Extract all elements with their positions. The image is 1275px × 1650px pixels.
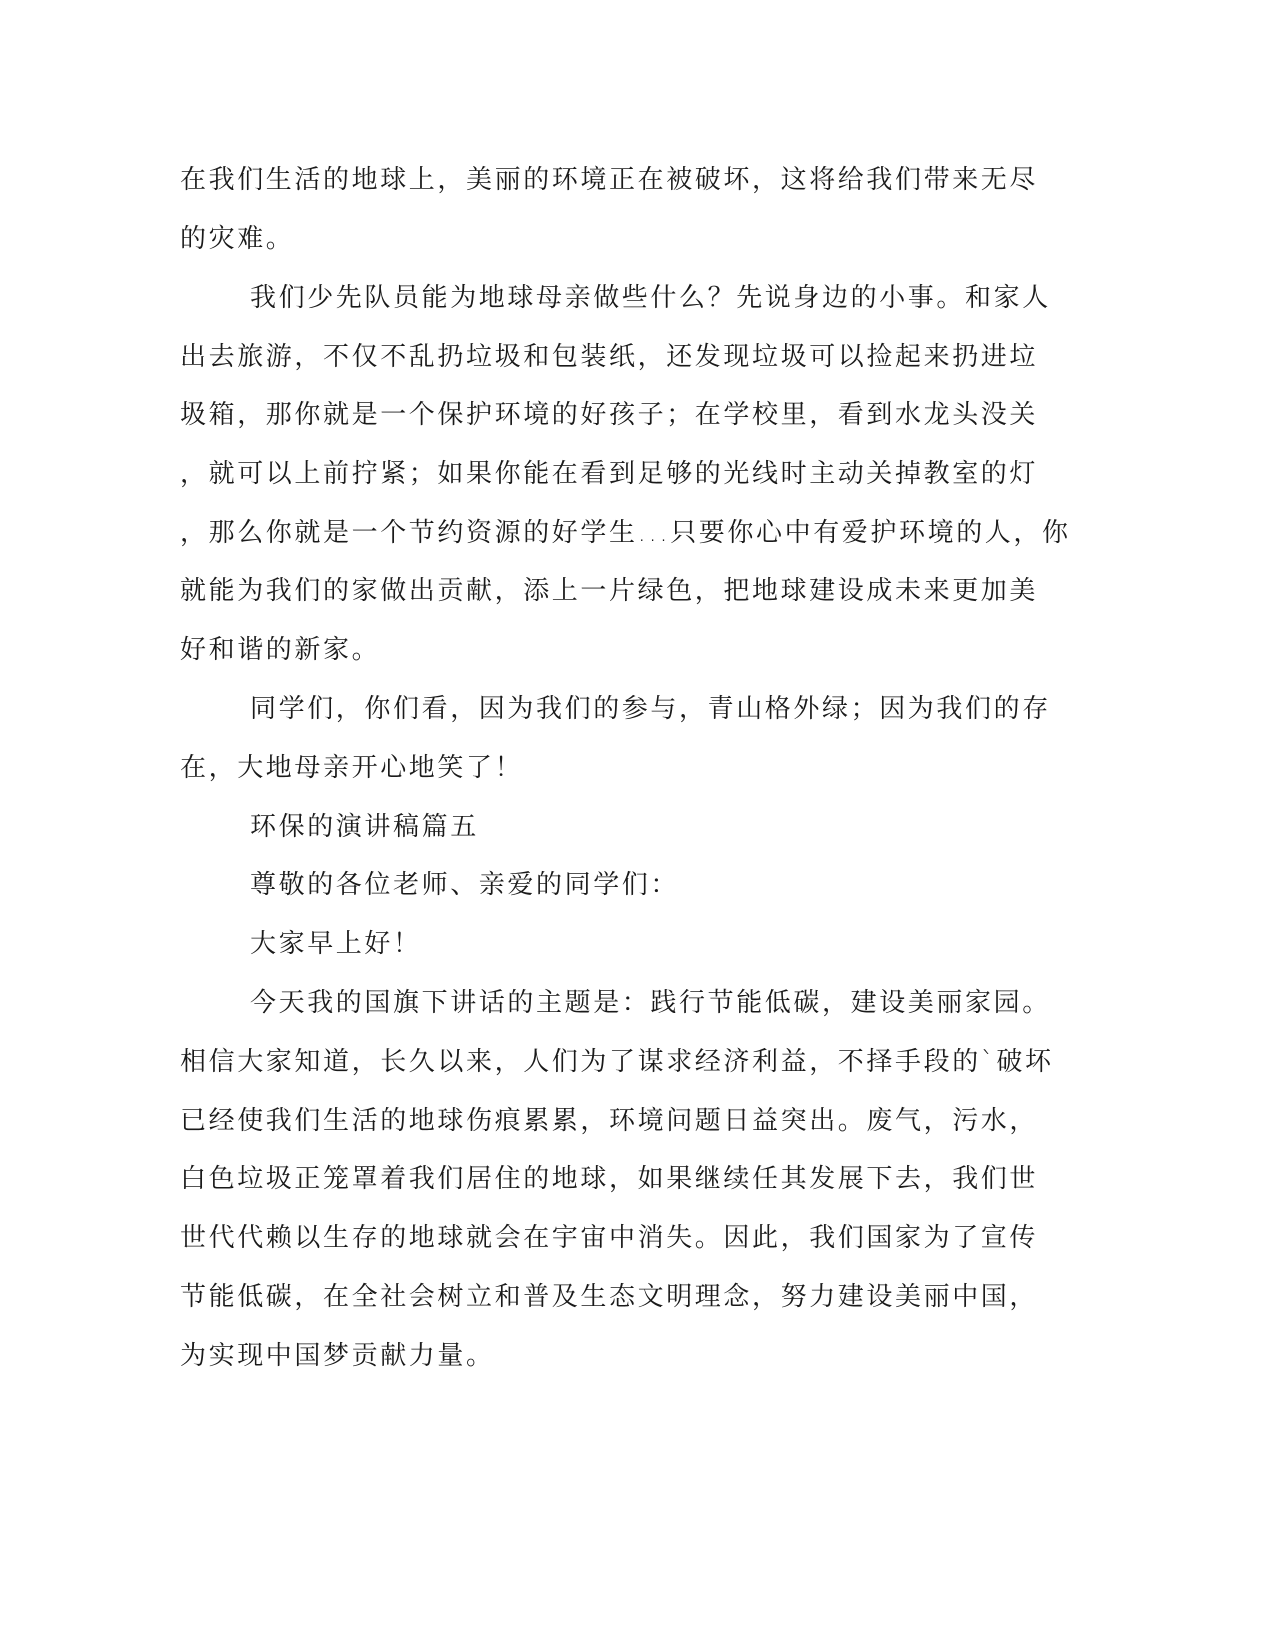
paragraph-line: ，那么你就是一个节约资源的好学生...只要你心中有爱护环境的人，你 <box>180 518 1071 548</box>
paragraph-line: 白色垃圾正笼罩着我们居住的地球，如果继续任其发展下去，我们世 <box>180 1164 1038 1194</box>
document-page: 在我们生活的地球上，美丽的环境正在被破坏，这将给我们带来无尽 的灾难。 我们少先… <box>0 0 1275 1650</box>
section-heading: 环保的演讲稿篇五 <box>250 812 479 842</box>
paragraph-line: 在，大地母亲开心地笑了！ <box>180 753 523 783</box>
paragraph-line: 在我们生活的地球上，美丽的环境正在被破坏，这将给我们带来无尽 <box>180 165 1038 195</box>
paragraph-line: 今天我的国旗下讲话的主题是：践行节能低碳，建设美丽家园。 <box>250 988 1051 1018</box>
greeting: 大家早上好！ <box>250 929 422 959</box>
paragraph-line: 已经使我们生活的地球伤痕累累，环境问题日益突出。废气，污水， <box>180 1106 1038 1136</box>
paragraph-line: 好和谐的新家。 <box>180 635 380 665</box>
paragraph-line: 就能为我们的家做出贡献，添上一片绿色，把地球建设成未来更加美 <box>180 576 1038 606</box>
paragraph-line: 的灾难。 <box>180 224 294 254</box>
paragraph-line: 节能低碳，在全社会树立和普及生态文明理念，努力建设美丽中国， <box>180 1282 1038 1312</box>
paragraph-line: 我们少先队员能为地球母亲做些什么？先说身边的小事。和家人 <box>250 283 1051 313</box>
paragraph-line: 出去旅游，不仅不乱扔垃圾和包装纸，还发现垃圾可以捡起来扔进垃 <box>180 342 1038 372</box>
paragraph-line: ，就可以上前拧紧；如果你能在看到足够的光线时主动关掉教室的灯 <box>180 459 1038 489</box>
salutation: 尊敬的各位老师、亲爱的同学们： <box>250 870 679 900</box>
paragraph-line: 同学们，你们看，因为我们的参与，青山格外绿；因为我们的存 <box>250 694 1051 724</box>
paragraph-line: 世代代赖以生存的地球就会在宇宙中消失。因此，我们国家为了宣传 <box>180 1223 1038 1253</box>
paragraph-line: 圾箱，那你就是一个保护环境的好孩子；在学校里，看到水龙头没关 <box>180 400 1038 430</box>
paragraph-line: 为实现中国梦贡献力量。 <box>180 1341 495 1371</box>
paragraph-line: 相信大家知道，长久以来，人们为了谋求经济利益，不择手段的`破坏 <box>180 1047 1054 1077</box>
